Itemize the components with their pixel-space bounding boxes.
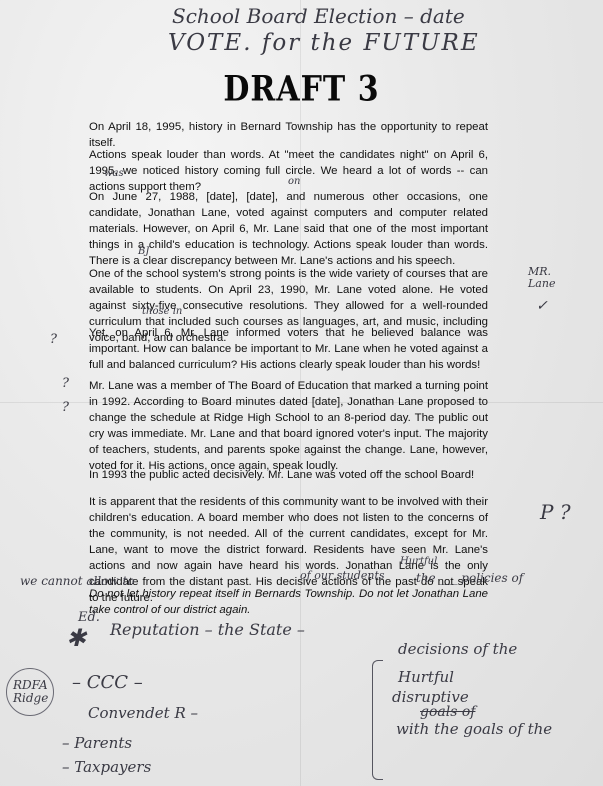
note-ccc: – CCC – [72, 672, 143, 693]
annotation-was: was [104, 168, 124, 179]
handwritten-header-1: School Board Election – date [172, 4, 465, 28]
note-with-the-goals: with the goals of the [396, 720, 552, 738]
paragraph-9: Do not let history repeat itself in Bern… [89, 586, 488, 618]
note-rdfa-ridge: RDFA Ridge [6, 668, 54, 716]
annotation-mr-lane: MR. Lane [528, 266, 568, 290]
annotation-hurtful: Hurtful [400, 556, 437, 567]
asterisk-icon: ✱ [66, 624, 86, 652]
annotation-of-our-students: of our students [300, 569, 385, 582]
check-mark-icon: ✓ [536, 298, 548, 314]
note-convendet: Convendet R – [88, 704, 198, 722]
paragraph-3: On June 27, 1988, [date], [date], and nu… [89, 189, 488, 269]
annotation-right-p: P ? [540, 500, 571, 524]
annotation-bj: BJ [138, 246, 149, 257]
margin-question-mark: ? [62, 376, 69, 391]
paragraph-7: In 1993 the public acted decisively. Mr.… [89, 467, 488, 483]
margin-question-mark: ? [50, 332, 57, 347]
handwritten-header-2: VOTE. for the FUTURE [168, 30, 480, 56]
note-decisions-of-the: decisions of the [398, 640, 517, 658]
note-taxpayers: – Taxpayers [62, 758, 151, 776]
note-ed: Ed. [78, 610, 100, 625]
margin-question-mark: ? [62, 400, 69, 415]
annotation-we-cannot-allow: we cannot allow to [20, 574, 135, 588]
paragraph-5: Yet, on April 6, Mr. Lane informed voter… [89, 325, 488, 373]
paragraph-2: Actions speak louder than words. At "mee… [89, 147, 488, 195]
paragraph-6: Mr. Lane was a member of The Board of Ed… [89, 378, 488, 474]
note-parents: – Parents [62, 734, 132, 752]
annotation-those-in: those in [142, 306, 182, 317]
bracket [372, 660, 383, 780]
annotation-policies-of: the ___ policies of [416, 571, 523, 585]
annotation-on: on [288, 176, 300, 187]
note-hurtful: Hurtful [398, 668, 454, 686]
document-title: DRAFT 3 [0, 69, 603, 109]
note-reputation: Reputation – the State – [110, 620, 305, 639]
note-goals-of-struck: goals of [420, 704, 475, 720]
